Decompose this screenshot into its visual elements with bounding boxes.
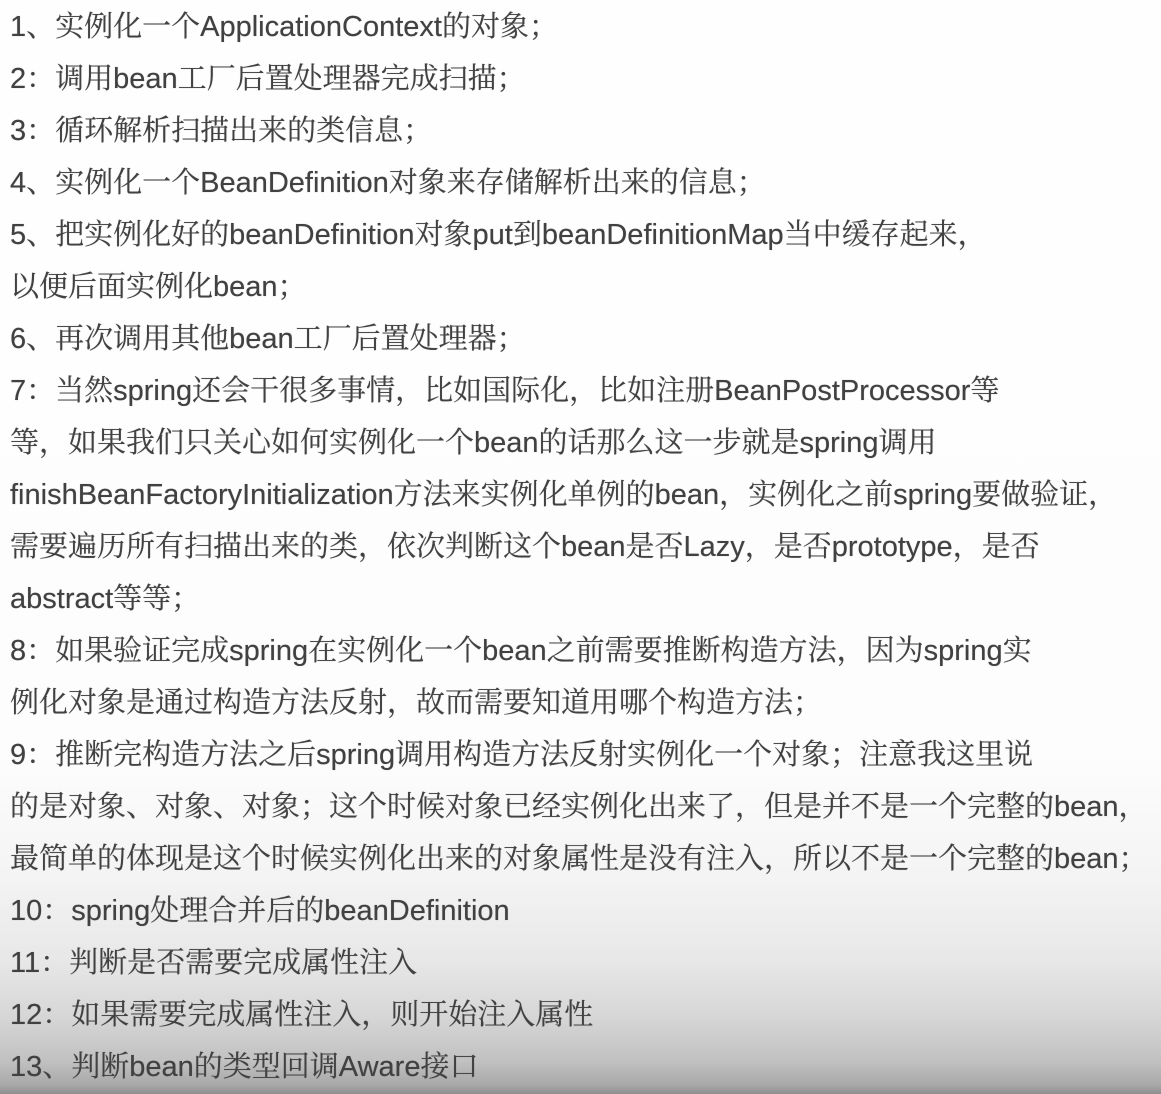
text-line: 5、把实例化好的beanDefinition对象put到beanDefiniti… xyxy=(10,209,1161,261)
text-line: 以便后面实例化bean； xyxy=(10,261,1161,313)
text-line: 4、实例化一个BeanDefinition对象来存储解析出来的信息； xyxy=(10,157,1161,209)
text-line: 9：推断完构造方法之后spring调用构造方法反射实例化一个对象；注意我这里说 xyxy=(10,729,1161,781)
text-line: 6、再次调用其他bean工厂后置处理器； xyxy=(10,313,1161,365)
text-line: finishBeanFactoryInitialization方法来实例化单例的… xyxy=(10,469,1161,521)
text-line: abstract等等； xyxy=(10,573,1161,625)
text-line: 10：spring处理合并后的beanDefinition xyxy=(10,885,1161,937)
text-line: 7：当然spring还会干很多事情，比如国际化，比如注册BeanPostProc… xyxy=(10,365,1161,417)
text-line: 3：循环解析扫描出来的类信息； xyxy=(10,105,1161,157)
text-line: 2：调用bean工厂后置处理器完成扫描； xyxy=(10,53,1161,105)
text-line: 8：如果验证完成spring在实例化一个bean之前需要推断构造方法，因为spr… xyxy=(10,625,1161,677)
text-line: 需要遍历所有扫描出来的类，依次判断这个bean是否Lazy，是否prototyp… xyxy=(10,521,1161,573)
text-line: 等，如果我们只关心如何实例化一个bean的话那么这一步就是spring调用 xyxy=(10,417,1161,469)
notes-document: 1、实例化一个ApplicationContext的对象； 2：调用bean工厂… xyxy=(0,0,1161,1093)
text-line: 11：判断是否需要完成属性注入 xyxy=(10,937,1161,989)
text-line: 1、实例化一个ApplicationContext的对象； xyxy=(10,1,1161,53)
text-line: 的是对象、对象、对象；这个时候对象已经实例化出来了，但是并不是一个完整的bean… xyxy=(10,781,1161,833)
text-line: 12：如果需要完成属性注入，则开始注入属性 xyxy=(10,989,1161,1041)
text-line: 最简单的体现是这个时候实例化出来的对象属性是没有注入，所以不是一个完整的bean… xyxy=(10,833,1161,885)
text-line: 例化对象是通过构造方法反射，故而需要知道用哪个构造方法； xyxy=(10,677,1161,729)
text-line: 13、判断bean的类型回调Aware接口 xyxy=(10,1041,1161,1093)
